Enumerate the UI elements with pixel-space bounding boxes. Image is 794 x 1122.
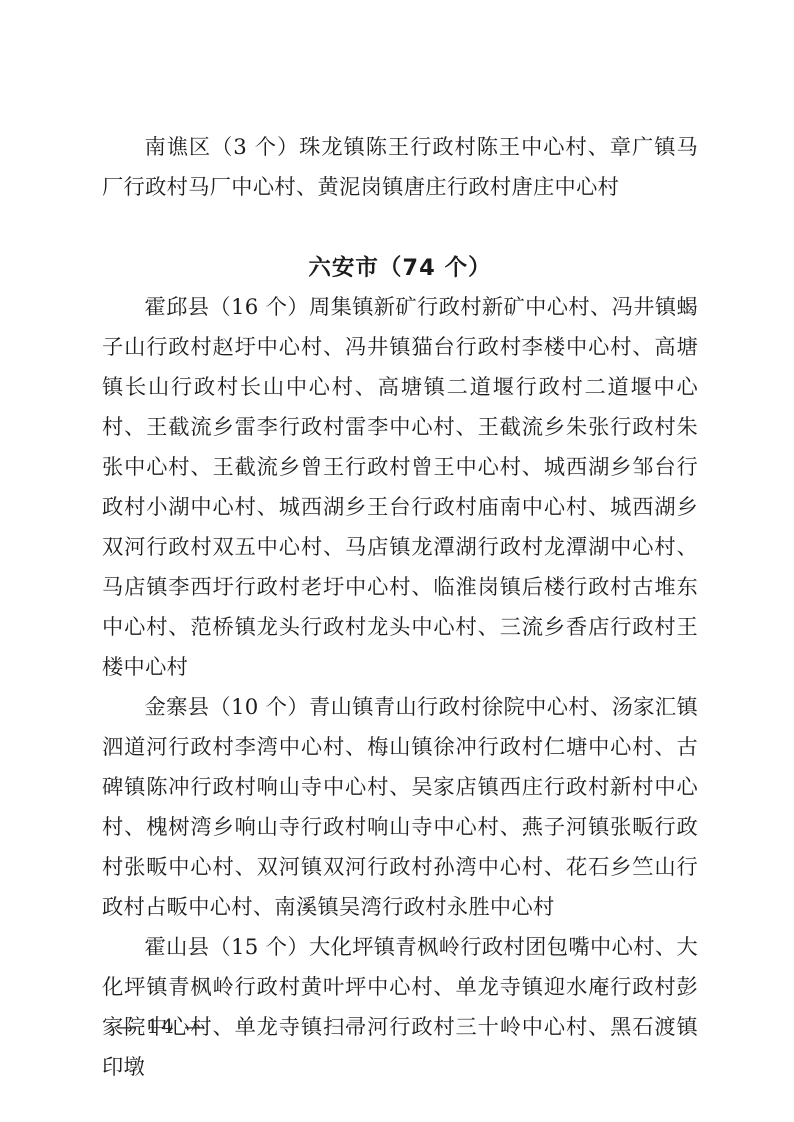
paragraph-jinzhai-county: 金寨县（10 个）青山镇青山行政村徐院中心村、汤家汇镇泗道河行政村李湾中心村、梅… — [102, 688, 698, 928]
city-heading-luan: 六安市（74 个） — [102, 248, 698, 288]
page-content: 南谯区（3 个）珠龙镇陈王行政村陈王中心村、章广镇马厂行政村马厂中心村、黄泥岗镇… — [102, 128, 698, 1088]
page-number: — 14 — — [116, 1012, 206, 1040]
document-page: 南谯区（3 个）珠龙镇陈王行政村陈王中心村、章广镇马厂行政村马厂中心村、黄泥岗镇… — [0, 0, 794, 1122]
paragraph-huoqiu-county: 霍邱县（16 个）周集镇新矿行政村新矿中心村、冯井镇蝎子山行政村赵圩中心村、冯井… — [102, 288, 698, 688]
paragraph-nanqiao-district: 南谯区（3 个）珠龙镇陈王行政村陈王中心村、章广镇马厂行政村马厂中心村、黄泥岗镇… — [102, 128, 698, 208]
paragraph-huoshan-county: 霍山县（15 个）大化坪镇青枫岭行政村团包嘴中心村、大化坪镇青枫岭行政村黄叶坪中… — [102, 928, 698, 1088]
